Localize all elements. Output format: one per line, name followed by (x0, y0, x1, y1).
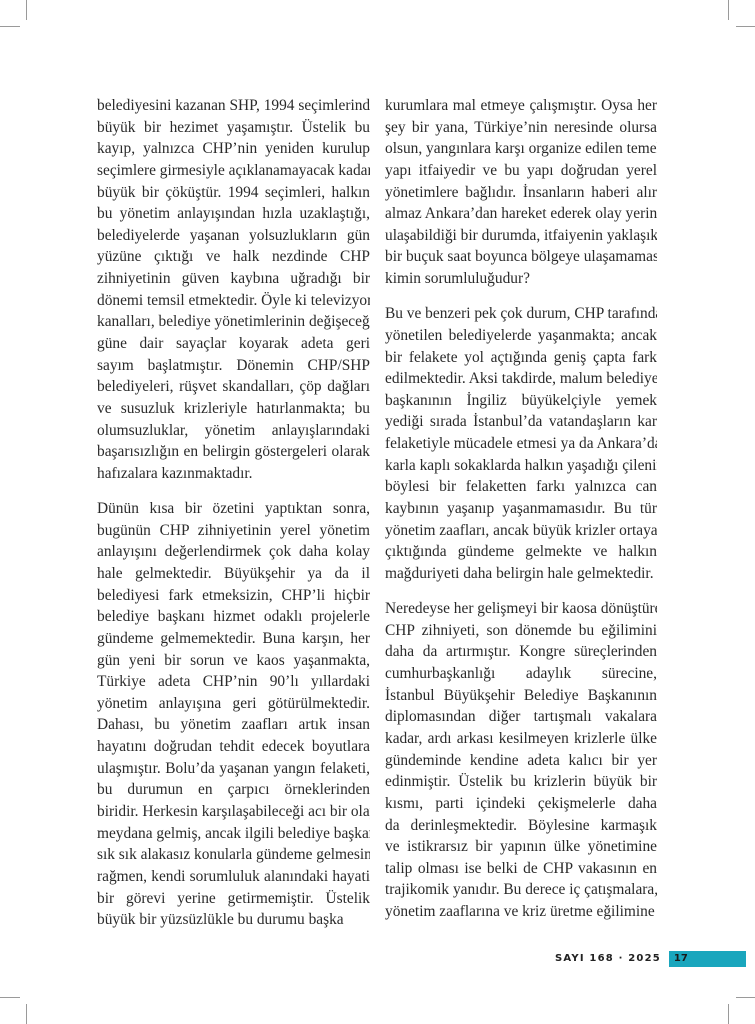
text-line: belediyeleri, rüşvet skandalları, çöp da… (97, 376, 370, 398)
text-line: kanalları, belediye yönetimlerinin değiş… (97, 311, 370, 333)
text-line: büyük bir hezimet yaşamıştır. Üstelik bu (97, 117, 370, 139)
text-line: yönetimlere bağlıdır. İnsanların haberi … (385, 182, 657, 204)
text-line: güne dair sayaçlar koyarak adeta geri (97, 333, 370, 355)
issue-label: SAYI 168 · 2025 (555, 953, 661, 964)
paragraph: Dünün kısa bir özetini yaptıktan sonra,b… (97, 498, 370, 931)
text-line: bugünün CHP zihniyetinin yerel yönetim (97, 520, 370, 542)
crop-mark-top-right-h (736, 26, 755, 27)
text-line: CHP zihniyeti, son dönemde bu eğilimini (385, 620, 657, 642)
text-line: yönetim zaaflarına ve kriz üretme eğilim… (385, 901, 657, 923)
text-line: hayatını doğrudan tehdit edecek boyutlar… (97, 736, 370, 758)
magazine-page: belediyesini kazanan SHP, 1994 seçimleri… (0, 0, 755, 1024)
text-line: bir felakete yol açtığında geniş çapta f… (385, 347, 657, 369)
text-line: Türkiye adeta CHP’nin 90’lı yıllardaki (97, 671, 370, 693)
text-line: hafızalara kazınmaktadır. (97, 463, 370, 485)
text-line: da derinleşmektedir. Böylesine karmaşık (385, 815, 657, 837)
text-line: yönetilen belediyelerde yaşanmakta; anca… (385, 325, 657, 347)
text-line: belediye başkanı hizmet odaklı projelerl… (97, 606, 370, 628)
left-text-column: belediyesini kazanan SHP, 1994 seçimleri… (97, 95, 370, 944)
text-line: ulaşmıştır. Bolu’da yaşanan yangın felak… (97, 758, 370, 780)
crop-mark-top-right-v (728, 0, 729, 20)
text-line: gündeme gelmemektedir. Buna karşın, her (97, 628, 370, 650)
text-line: almaz Ankara’dan hareket ederek olay yer… (385, 203, 657, 225)
text-line: dönemi temsil etmektedir. Öyle ki televi… (97, 290, 370, 312)
paragraph: kurumlara mal etmeye çalışmıştır. Oysa h… (385, 95, 657, 290)
text-line: böylesi bir felaketten farkı yalnızca ca… (385, 476, 657, 498)
text-line: ve susuzluk krizleriyle hatırlanmakta; b… (97, 398, 370, 420)
text-line: felaketiyle mücadele etmesi ya da Ankara… (385, 433, 657, 455)
text-line: bir görevi yerine getirmemiştir. Üstelik (97, 888, 370, 910)
text-line: sık sık alakasız konularla gündeme gelme… (97, 844, 370, 866)
text-line: karla kaplı sokaklarda halkın yaşadığı ç… (385, 455, 657, 477)
text-line: kısmı, parti içindeki çekişmelerle daha (385, 793, 657, 815)
text-line: yönetim zaafları, ancak büyük krizler or… (385, 520, 657, 542)
crop-mark-top-left-h (0, 26, 20, 27)
text-line: Neredeyse her gelişmeyi bir kaosa dönüşt… (385, 598, 657, 620)
text-line: cumhurbaşkanlığı adaylık sürecine, (385, 663, 657, 685)
paragraph: Bu ve benzeri pek çok durum, CHP tarafın… (385, 303, 657, 584)
text-line: başarısızlığın en belirgin göstergeleri … (97, 441, 370, 463)
text-line: edinmiştir. Üstelik bu krizlerin büyük b… (385, 771, 657, 793)
text-line: kimin sorumluluğudur? (385, 268, 657, 290)
crop-mark-bottom-right-h (736, 997, 755, 998)
text-line: büyük bir çöküştür. 1994 seçimleri, halk… (97, 182, 370, 204)
crop-mark-bottom-right-v (728, 1004, 729, 1024)
text-line: hale gelmektedir. Büyükşehir ya da il (97, 563, 370, 585)
right-text-column: kurumlara mal etmeye çalışmıştır. Oysa h… (385, 95, 657, 936)
crop-mark-top-left-v (26, 0, 27, 20)
text-line: edilmektedir. Aksi takdirde, malum beled… (385, 368, 657, 390)
text-line: olumsuzluklar, yönetim anlayışlarındaki (97, 420, 370, 442)
text-line: belediyesi fark etmeksizin, CHP’li hiçbi… (97, 585, 370, 607)
text-line: şey bir yana, Türkiye’nin neresinde olur… (385, 117, 657, 139)
text-line: büyük bir yüzsüzlükle bu durumu başka (97, 909, 370, 931)
page-footer: SAYI 168 · 2025 17 (555, 950, 746, 967)
text-line: kadar, ardı arkası kesilmeyen krizlerle … (385, 728, 657, 750)
text-line: bu durumun en çarpıcı örneklerinden (97, 779, 370, 801)
text-line: gün yeni bir sorun ve kaos yaşanmakta, (97, 650, 370, 672)
text-line: kayıp, yalnızca CHP’nin yeniden kurulup (97, 138, 370, 160)
paragraph: belediyesini kazanan SHP, 1994 seçimleri… (97, 95, 370, 485)
text-line: zihniyetinin güven kaybına uğradığı bir (97, 268, 370, 290)
text-line: belediyelerde yaşanan yolsuzlukların gün (97, 225, 370, 247)
text-line: bir buçuk saat boyunca bölgeye ulaşamama… (385, 246, 657, 268)
text-line: Dünün kısa bir özetini yaptıktan sonra, (97, 498, 370, 520)
crop-mark-bottom-left-h (0, 997, 20, 998)
text-line: başkanının İngiliz büyükelçiyle yemek (385, 390, 657, 412)
text-line: biridir. Herkesin karşılaşabileceği acı … (97, 801, 370, 823)
text-line: yüzüne çıktığı ve halk nezdinde CHP (97, 246, 370, 268)
text-line: kaybının yaşanıp yaşanmamasıdır. Bu tür (385, 498, 657, 520)
text-line: ulaşabildiği bir durumda, itfaiyenin yak… (385, 225, 657, 247)
page-number: 17 (669, 953, 688, 964)
text-line: seçimlere girmesiyle açıklanamayacak kad… (97, 160, 370, 182)
text-line: gündeminde kendine adeta kalıcı bir yer (385, 750, 657, 772)
text-line: diplomasından diğer tartışmalı vakalara (385, 706, 657, 728)
text-line: İstanbul Büyükşehir Belediye Başkanının (385, 685, 657, 707)
text-line: çıktığında gündeme gelmekte ve halkın (385, 541, 657, 563)
text-line: Dahası, bu yönetim zaafları artık insan (97, 714, 370, 736)
text-line: daha da artırmıştır. Kongre süreçlerinde… (385, 641, 657, 663)
text-line: Bu ve benzeri pek çok durum, CHP tarafın… (385, 303, 657, 325)
paragraph: Neredeyse her gelişmeyi bir kaosa dönüşt… (385, 598, 657, 923)
text-line: yönetim anlayışına geri götürülmektedir. (97, 693, 370, 715)
text-line: trajikomik yanıdır. Bu derece iç çatışma… (385, 879, 657, 901)
text-line: olsun, yangınlara karşı organize edilen … (385, 138, 657, 160)
text-line: ve istikrarsız bir yapının ülke yönetimi… (385, 836, 657, 858)
text-line: belediyesini kazanan SHP, 1994 seçimleri… (97, 95, 370, 117)
text-line: meydana gelmiş, ancak ilgili belediye ba… (97, 823, 370, 845)
text-line: talip olması ise belki de CHP vakasının … (385, 858, 657, 880)
page-number-bar: 17 (669, 951, 746, 967)
text-line: sayım başlatmıştır. Dönemin CHP/SHP (97, 355, 370, 377)
text-line: yapı itfaiyedir ve bu yapı doğrudan yere… (385, 160, 657, 182)
text-line: bu yönetim anlayışından hızla uzaklaştığ… (97, 203, 370, 225)
text-line: rağmen, kendi sorumluluk alanındaki haya… (97, 866, 370, 888)
text-line: kurumlara mal etmeye çalışmıştır. Oysa h… (385, 95, 657, 117)
text-line: mağduriyeti daha belirgin hale gelmekted… (385, 563, 657, 585)
text-line: anlayışını değerlendirmek çok daha kolay (97, 541, 370, 563)
text-line: yediği sırada İstanbul’da vatandaşların … (385, 411, 657, 433)
crop-mark-bottom-left-v (26, 1004, 27, 1024)
